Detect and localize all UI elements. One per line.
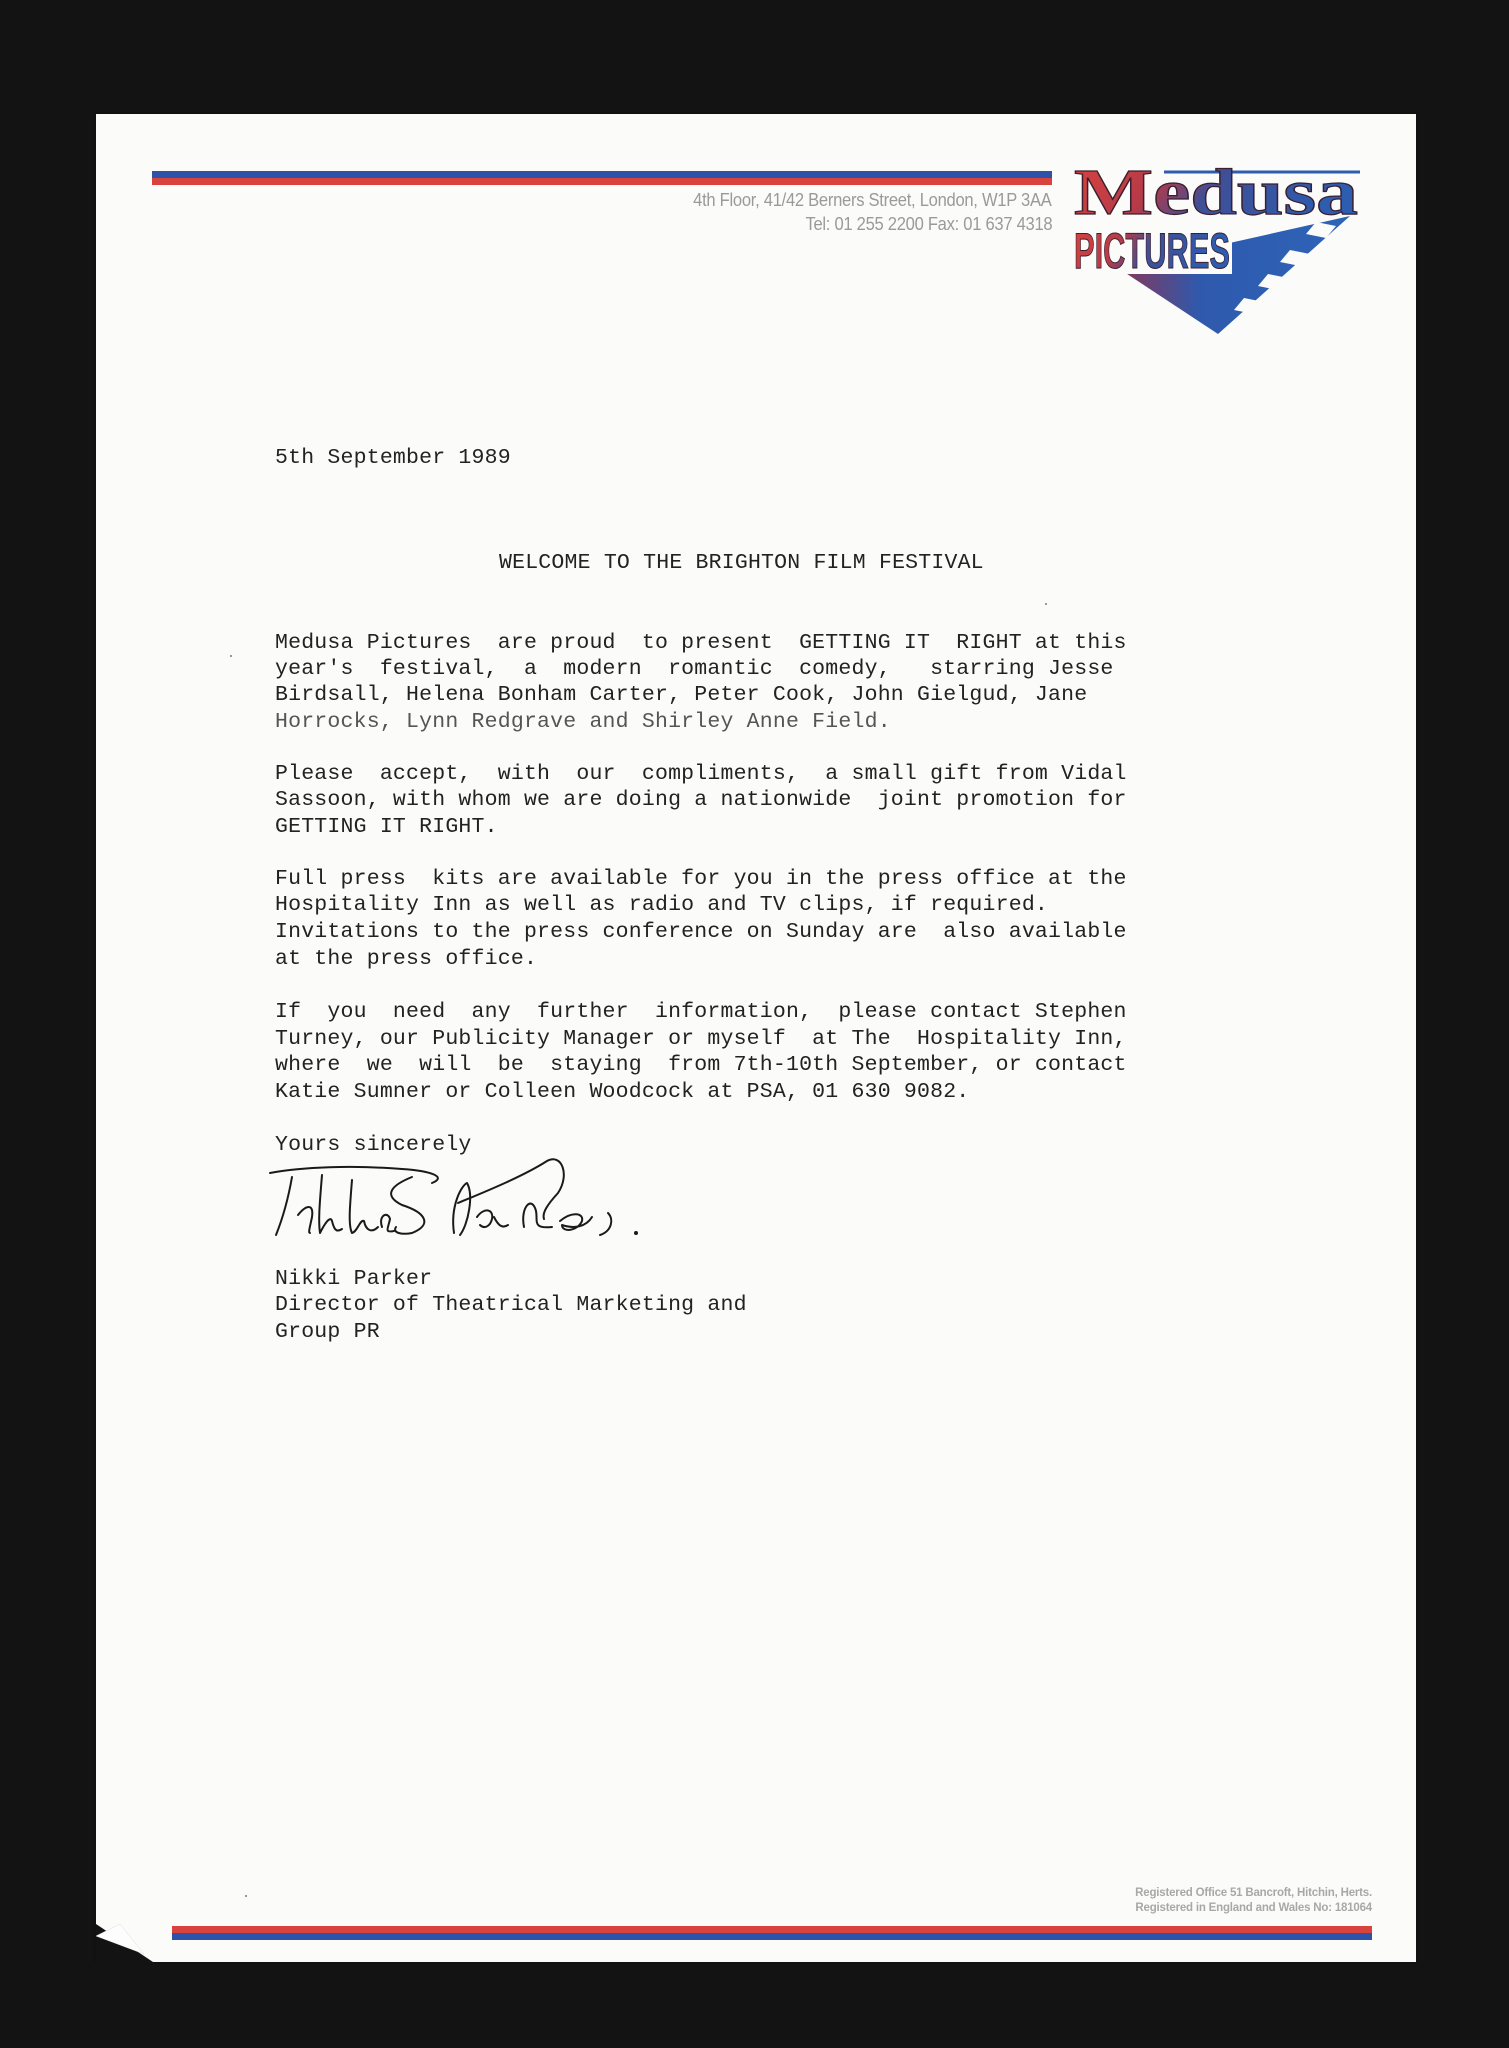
letter-date: 5th September 1989 bbox=[275, 446, 511, 470]
paragraph-line: Please accept, with our compliments, a s… bbox=[275, 762, 1127, 786]
paper-speck bbox=[245, 1895, 247, 1897]
top-rule-red bbox=[152, 178, 1052, 185]
logo-pictures-text: PICTURES bbox=[1074, 223, 1230, 279]
paragraph-line: Sassoon, with whom we are doing a nation… bbox=[275, 788, 1127, 812]
paragraph-line: Turney, our Publicity Manager or myself … bbox=[275, 1027, 1127, 1051]
bottom-rule-blue bbox=[172, 1933, 1372, 1940]
paragraph-line: Full press kits are available for you in… bbox=[275, 867, 1127, 891]
footer-registration: Registered Office 51 Bancroft, Hitchin, … bbox=[1135, 1886, 1372, 1916]
medusa-pictures-logo: Medusa PICTURES bbox=[1068, 158, 1364, 338]
signatory-name: Nikki Parker bbox=[275, 1267, 432, 1291]
paragraph-line: If you need any further information, ple… bbox=[275, 1000, 1127, 1024]
folded-corner bbox=[96, 1924, 156, 1964]
registration-number: Registered in England and Wales No: 1810… bbox=[1135, 1901, 1372, 1916]
paragraph-line: Hospitality Inn as well as radio and TV … bbox=[275, 893, 1048, 917]
paragraph-line: at the press office. bbox=[275, 947, 537, 971]
signatory-title-cont: Group PR bbox=[275, 1320, 380, 1344]
company-contact: Tel: 01 255 2200 Fax: 01 637 4318 bbox=[805, 214, 1052, 235]
paragraph-line: year's festival, a modern romantic comed… bbox=[275, 657, 1114, 681]
paper-speck bbox=[230, 655, 232, 657]
paragraph-line: Katie Sumner or Colleen Woodcock at PSA,… bbox=[275, 1080, 969, 1104]
registered-office: Registered Office 51 Bancroft, Hitchin, … bbox=[1135, 1886, 1372, 1901]
paragraph-line: Horrocks, Lynn Redgrave and Shirley Anne… bbox=[275, 710, 891, 734]
signatory-title: Director of Theatrical Marketing and bbox=[275, 1293, 747, 1317]
company-address: 4th Floor, 41/42 Berners Street, London,… bbox=[694, 190, 1052, 211]
paragraph-line: Birdsall, Helena Bonham Carter, Peter Co… bbox=[275, 683, 1087, 707]
paragraph-line: Invitations to the press conference on S… bbox=[275, 920, 1127, 944]
top-rule-blue bbox=[152, 171, 1052, 178]
paragraph-line: where we will be staying from 7th-10th S… bbox=[275, 1053, 1127, 1077]
paper-speck bbox=[1045, 603, 1047, 605]
paragraph-line: Medusa Pictures are proud to present GET… bbox=[275, 631, 1127, 655]
bottom-rule-red bbox=[172, 1926, 1372, 1933]
paragraph-line: GETTING IT RIGHT. bbox=[275, 815, 498, 839]
letter-title: WELCOME TO THE BRIGHTON FILM FESTIVAL bbox=[499, 551, 984, 575]
handwritten-signature-icon bbox=[262, 1155, 732, 1245]
closing: Yours sincerely bbox=[275, 1133, 472, 1157]
